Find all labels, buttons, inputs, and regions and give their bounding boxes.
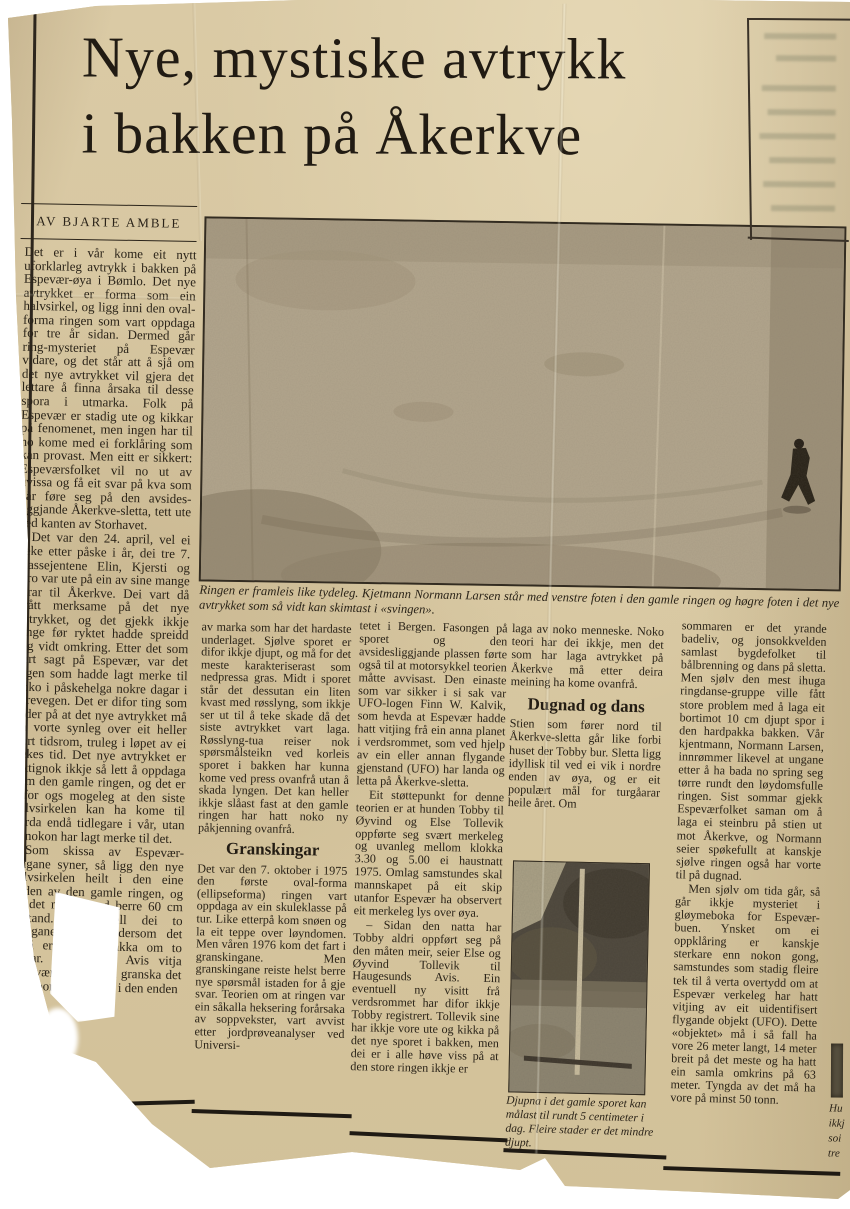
cutoff-text-fragment (771, 205, 835, 211)
text-column-3: tetet i Bergen. Fasongen på sporet og de… (349, 619, 508, 1144)
article-paragraph: sommaren er det yrande badeliv, og jonso… (676, 619, 827, 884)
subhead-dugnad-og-dans: Dugnad og dans (510, 697, 662, 714)
article-paragraph: laga av noko menneske. Noko teori har de… (511, 622, 665, 692)
cutoff-text-fragment (764, 33, 836, 40)
article-paragraph: Det var den 7. oktober i 1975 den første… (194, 862, 347, 1053)
cutoff-text-fragment (776, 55, 836, 61)
torn-paper-edge (38, 1008, 78, 1068)
cutoff-text-fragment: Hu (829, 1101, 845, 1116)
article-paragraph: Stien som fører nord til Åkerkve-sletta … (508, 717, 662, 813)
cutoff-text-fragment (759, 133, 835, 140)
small-photo-caption: Djupna i det gamle sporet kan målast til… (505, 1094, 662, 1154)
byline: AV BJARTE AMBLE (21, 203, 198, 242)
article-paragraph: tetet i Bergen. Fasongen på sporet og de… (356, 619, 507, 790)
cutoff-text-fragment: soi (828, 1131, 844, 1146)
subhead-granskingar: Granskingar (198, 843, 348, 858)
measuring-stick-photo (508, 860, 650, 1095)
cutoff-caption-fragments: Hu ikkj soi tre (828, 1101, 845, 1161)
text-column-2: av marka som har det hardaste underlaget… (193, 620, 352, 1117)
headline-line-2: i bakken på Åkerkve (81, 96, 801, 175)
cutoff-text-fragment (762, 85, 836, 92)
text-column-5: sommaren er det yrande badeliv, og jonso… (668, 619, 827, 1178)
cutoff-text-fragment (769, 157, 835, 163)
cutoff-text-fragment (768, 109, 836, 115)
article-paragraph: Men sjølv om tida går, så går ikkje myst… (670, 882, 820, 1108)
cutoff-text-fragment (763, 181, 835, 188)
adjacent-article-frame (748, 18, 850, 21)
adjacent-photo-corner (831, 1044, 843, 1098)
article-paragraph: Det er i vår kome eit nytt uforklarleg a… (19, 245, 197, 533)
article-paragraph: av marka som har det hardaste underlaget… (198, 620, 352, 836)
headline: Nye, mystiske avtrykk i bakken på Åkerkv… (81, 20, 802, 175)
cutoff-text-fragment: tre (828, 1146, 844, 1161)
cutoff-text-fragment: ikkj (829, 1116, 845, 1131)
article-paragraph: Eit støttepunkt for denne teorien er at … (354, 788, 505, 920)
torn-paper-edge (50, 892, 120, 1022)
main-field-photo (199, 216, 847, 591)
headline-line-1: Nye, mystiske avtrykk (82, 20, 802, 99)
newspaper-clipping: Nye, mystiske avtrykk i bakken på Åkerkv… (0, 0, 850, 1209)
column-end-rule (5, 1100, 195, 1109)
article-paragraph: Det var den 24. april, vel ei veke etter… (12, 530, 190, 845)
byline-text: AV BJARTE AMBLE (36, 213, 181, 232)
text-column-4: laga av noko menneske. Noko teori har de… (506, 622, 664, 866)
article-paragraph: – Sidan den natta har Tobby aldri oppfør… (350, 918, 501, 1076)
